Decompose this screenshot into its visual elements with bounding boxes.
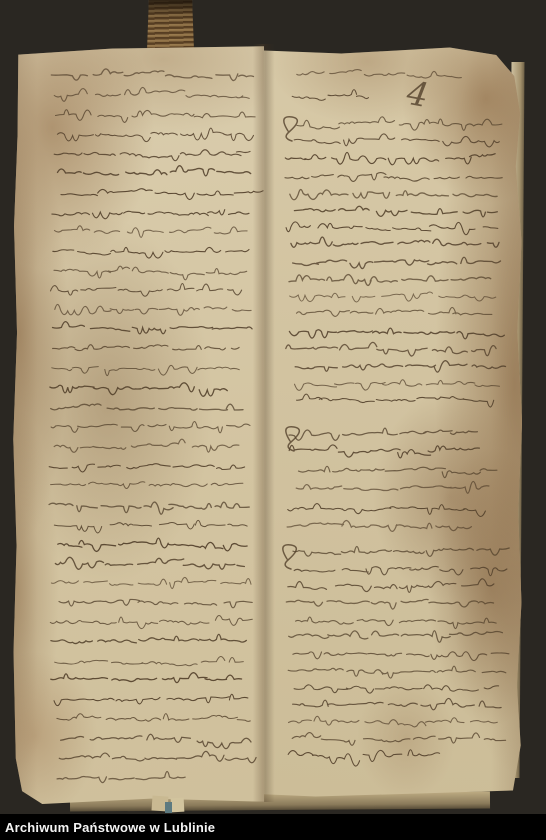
- archive-scan-viewport: 4 Archiwum Państwowe w Lublinie: [0, 0, 546, 840]
- book-spine-binding: [147, 0, 194, 50]
- paper-fragment: [171, 798, 185, 813]
- archive-name-label: Archiwum Państwowe w Lublinie: [0, 820, 215, 835]
- archive-watermark-bar: Archiwum Państwowe w Lublinie: [0, 814, 546, 840]
- manuscript-page-left: [12, 44, 264, 804]
- manuscript-page-right: [264, 46, 522, 798]
- page-seam-fold: [250, 44, 278, 802]
- bookmark-fragment: [165, 802, 172, 813]
